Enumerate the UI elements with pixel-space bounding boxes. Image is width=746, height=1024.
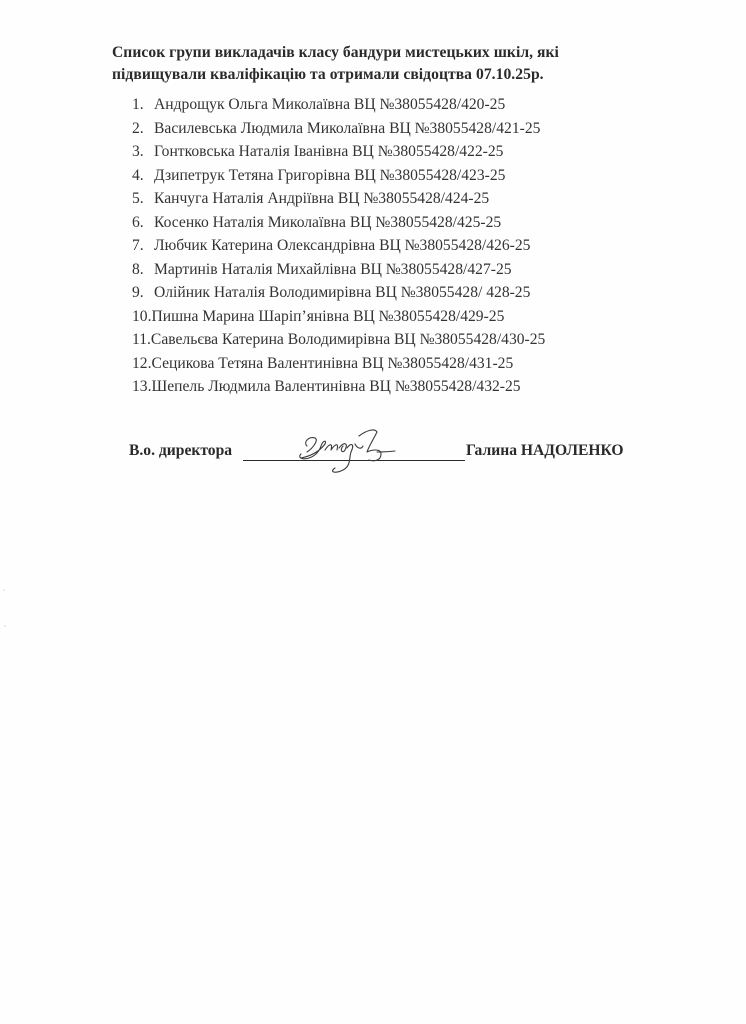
list-item-number: 13.: [132, 375, 152, 399]
title-line-1: Список групи викладачів класу бандури ми…: [112, 42, 632, 64]
list-item-number: 3.: [132, 140, 154, 164]
list-item-number: 6.: [132, 211, 154, 235]
list-item: 11.Савельєва Катерина Володимирівна ВЦ №…: [132, 328, 545, 352]
list-item-number: 1.: [132, 93, 154, 117]
list-item-number: 11.: [132, 328, 151, 352]
list-item-text: Шепель Людмила Валентинівна ВЦ №38055428…: [152, 378, 521, 395]
list-item: 2.Василевська Людмила Миколаївна ВЦ №380…: [132, 117, 545, 141]
list-item-text: Дзипетрук Тетяна Григорівна ВЦ №38055428…: [154, 167, 505, 184]
list-item-text: Сецикова Тетяна Валентинівна ВЦ №3805542…: [152, 355, 514, 372]
list-item-text: Пишна Марина Шаріп’янівна ВЦ №38055428/4…: [152, 308, 505, 325]
list-item-text: Мартинів Наталія Михайлівна ВЦ №38055428…: [154, 261, 512, 278]
list-item: 6.Косенко Наталія Миколаївна ВЦ №3805542…: [132, 211, 545, 235]
title-line-2: підвищували кваліфікацію та отримали сві…: [112, 64, 632, 86]
list-item-number: 2.: [132, 117, 154, 141]
list-item-text: Савельєва Катерина Володимирівна ВЦ №380…: [151, 331, 545, 348]
list-item-number: 9.: [132, 281, 154, 305]
list-item: 9.Олійник Наталія Володимирівна ВЦ №3805…: [132, 281, 545, 305]
handwritten-signature-icon: [285, 422, 415, 478]
list-item: 10.Пишна Марина Шаріп’янівна ВЦ №3805542…: [132, 305, 545, 329]
list-item: 3.Гонтковська Наталія Іванівна ВЦ №38055…: [132, 140, 545, 164]
list-item-text: Андрощук Ольга Миколаївна ВЦ №38055428/4…: [154, 96, 505, 113]
list-item-number: 8.: [132, 258, 154, 282]
list-item-text: Олійник Наталія Володимирівна ВЦ №380554…: [154, 284, 530, 301]
list-item-number: 5.: [132, 187, 154, 211]
list-item-text: Косенко Наталія Миколаївна ВЦ №38055428/…: [154, 214, 501, 231]
signer-name: Галина НАДОЛЕНКО: [466, 442, 624, 460]
list-item: 13.Шепель Людмила Валентинівна ВЦ №38055…: [132, 375, 545, 399]
list-item-number: 12.: [132, 352, 152, 376]
list-item-number: 7.: [132, 234, 154, 258]
document-title: Список групи викладачів класу бандури ми…: [112, 42, 632, 86]
signer-role: В.о. директора: [129, 442, 232, 460]
scanned-document-page: Список групи викладачів класу бандури ми…: [0, 0, 746, 1024]
list-item: 8.Мартинів Наталія Михайлівна ВЦ №380554…: [132, 258, 545, 282]
list-item-text: Канчуга Наталія Андріївна ВЦ №38055428/4…: [154, 190, 489, 207]
list-item: 5.Канчуга Наталія Андріївна ВЦ №38055428…: [132, 187, 545, 211]
list-item-text: Гонтковська Наталія Іванівна ВЦ №3805542…: [154, 143, 503, 160]
list-item: 1.Андрощук Ольга Миколаївна ВЦ №38055428…: [132, 93, 545, 117]
list-item-text: Василевська Людмила Миколаївна ВЦ №38055…: [154, 120, 540, 137]
list-item-number: 4.: [132, 164, 154, 188]
list-item: 4.Дзипетрук Тетяна Григорівна ВЦ №380554…: [132, 164, 545, 188]
list-item-text: Любчик Катерина Олександрівна ВЦ №380554…: [154, 237, 530, 254]
scan-speck: [3, 589, 5, 591]
list-item: 7.Любчик Катерина Олександрівна ВЦ №3805…: [132, 234, 545, 258]
scan-speck: [4, 625, 6, 627]
list-item-number: 10.: [132, 305, 152, 329]
list-item: 12.Сецикова Тетяна Валентинівна ВЦ №3805…: [132, 352, 545, 376]
teacher-list: 1.Андрощук Ольга Миколаївна ВЦ №38055428…: [132, 93, 545, 399]
